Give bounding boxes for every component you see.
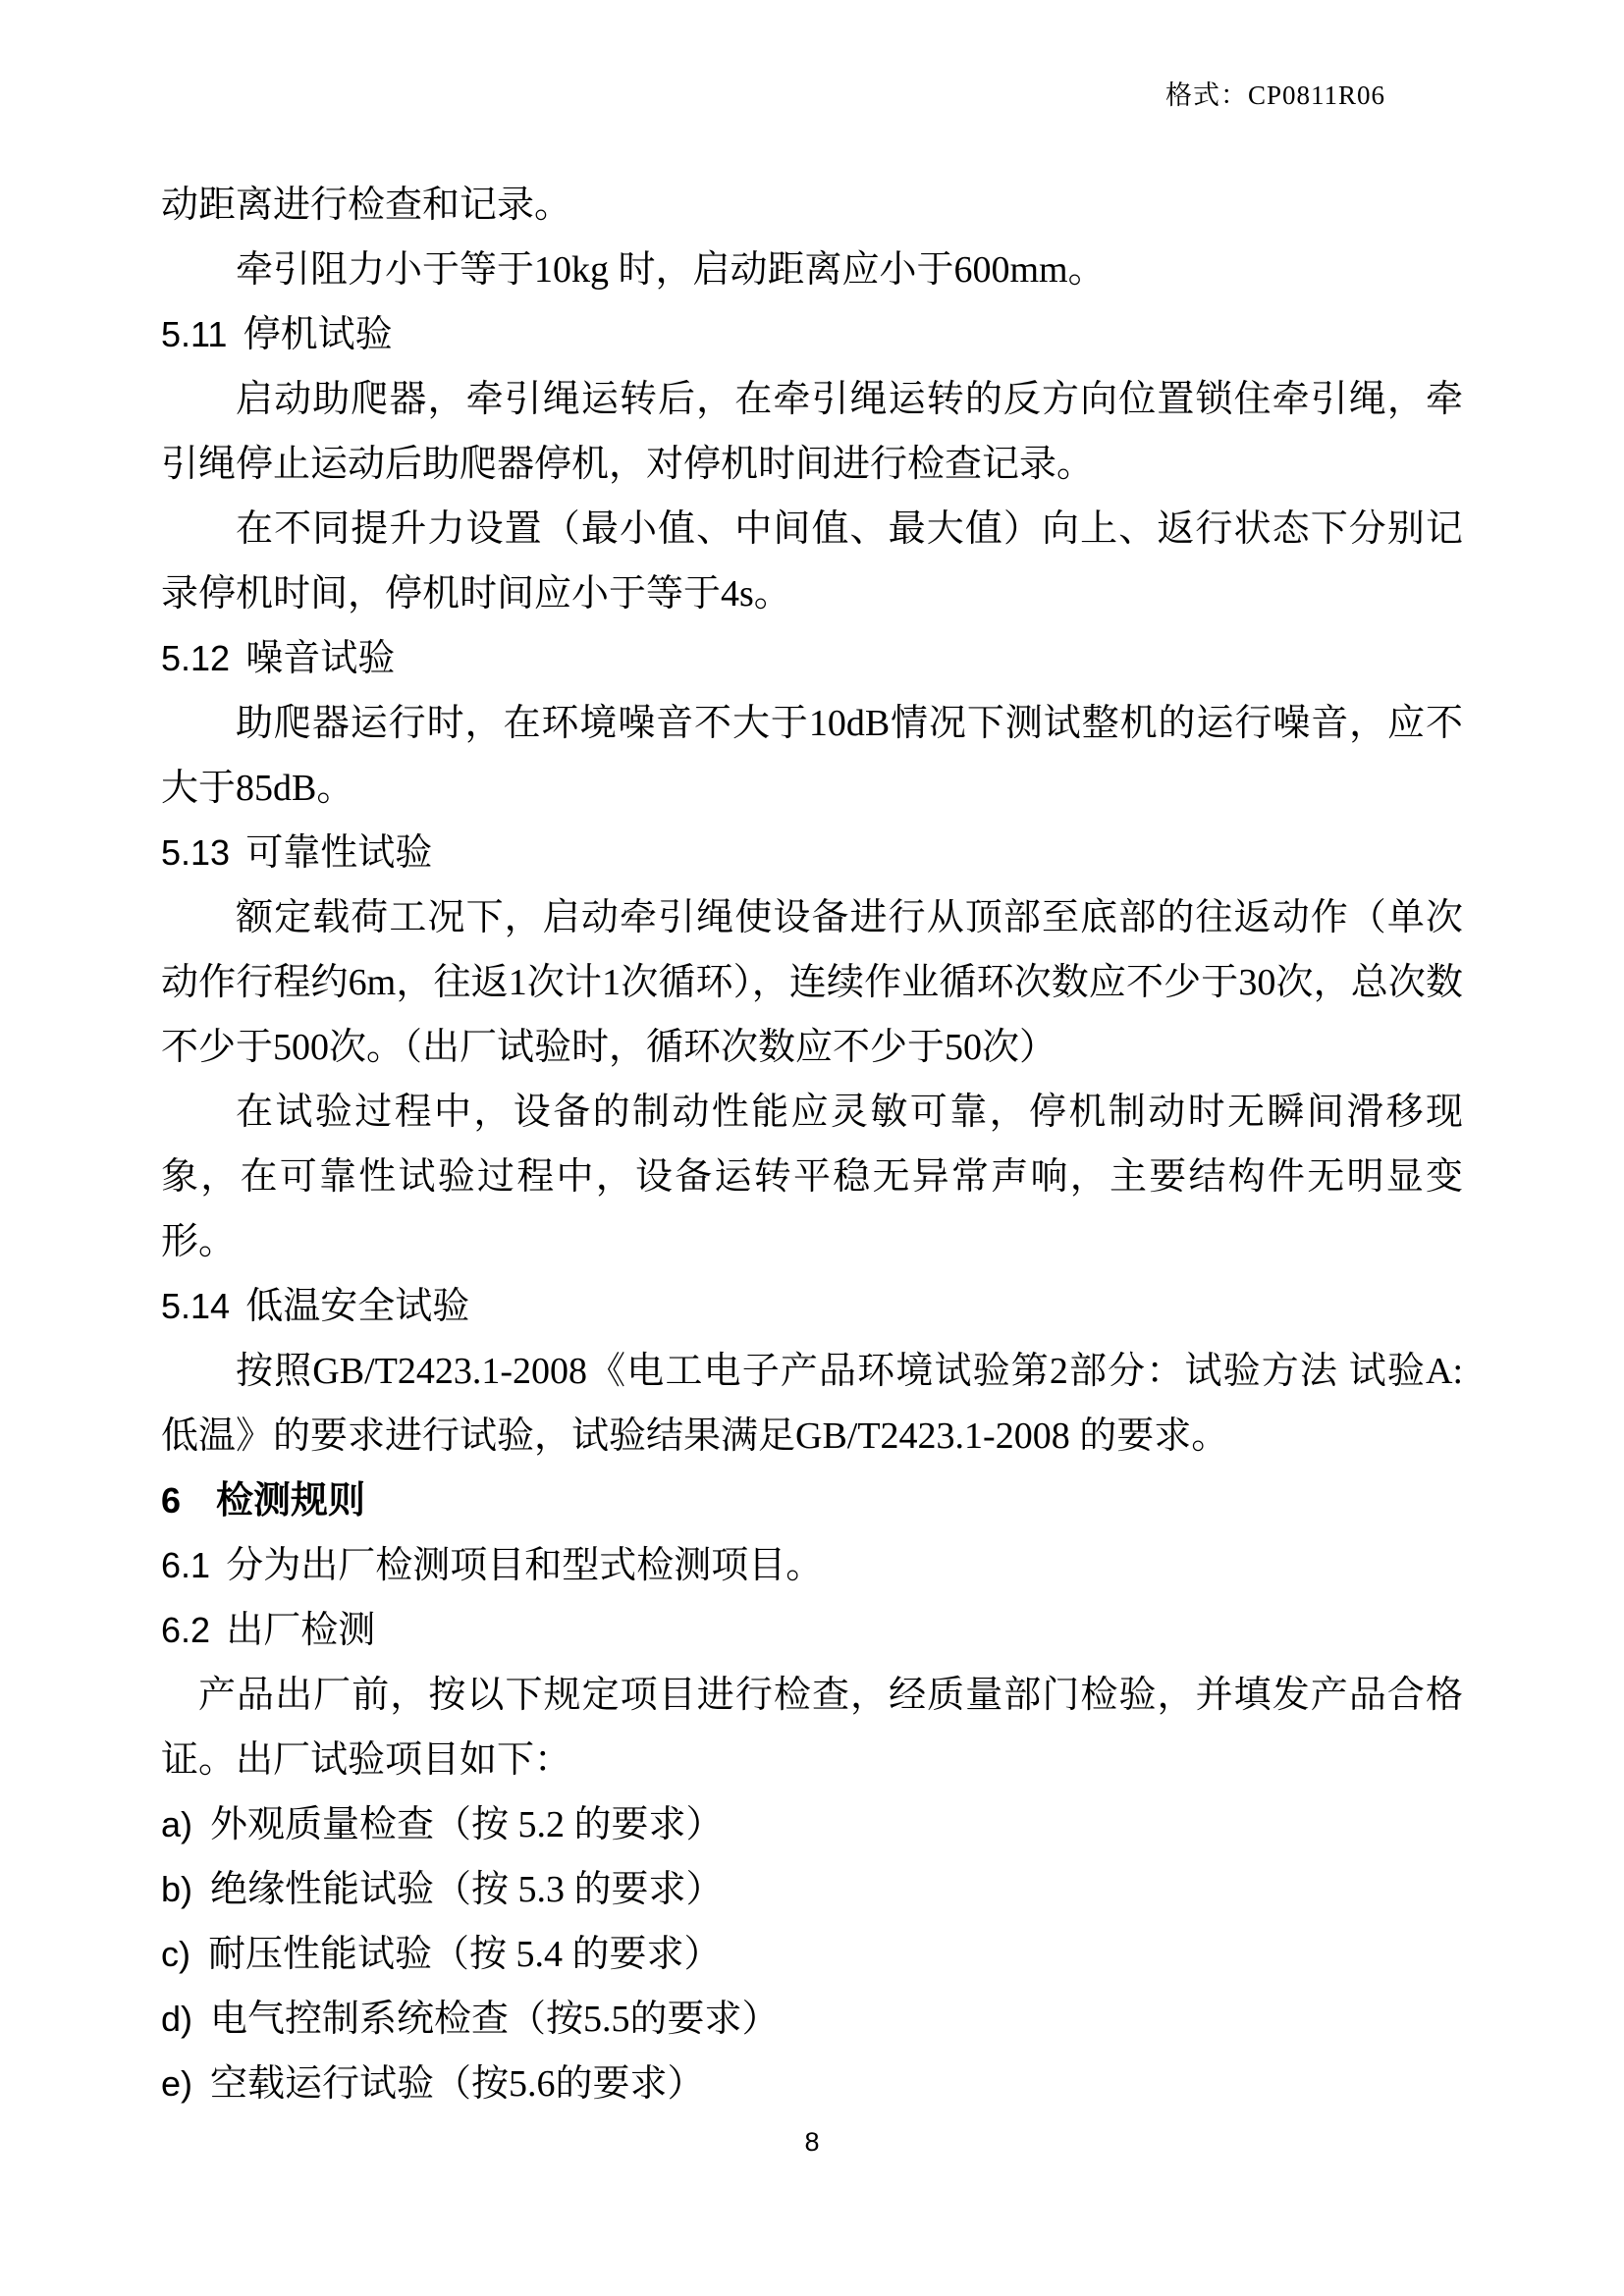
page-number: 8 bbox=[0, 2122, 1624, 2162]
section-number: 5.12 bbox=[161, 638, 230, 678]
list-item-text: 绝缘性能试验（按 5.3 的要求） bbox=[210, 1869, 724, 1910]
paragraph-low-temperature-test: 按照GB/T2423.1-2008《电工电子产品环境试验第2部分：试验方法 试验… bbox=[161, 1339, 1463, 1468]
chapter-title: 检测规则 bbox=[216, 1480, 365, 1522]
section-heading-5-11: 5.11停机试验 bbox=[161, 302, 1463, 367]
section-title: 低温安全试验 bbox=[245, 1286, 469, 1327]
section-title: 分为出厂检测项目和型式检测项目。 bbox=[226, 1545, 823, 1586]
list-item-text: 外观质量检查（按 5.2 的要求） bbox=[210, 1804, 724, 1845]
list-item-d: d)电气控制系统检查（按5.5的要求） bbox=[161, 1987, 1463, 2052]
section-title: 停机试验 bbox=[244, 314, 393, 355]
section-number: 6.2 bbox=[161, 1610, 210, 1650]
list-item-text: 耐压性能试验（按 5.4 的要求） bbox=[208, 1934, 722, 1975]
chapter-heading-6: 6检测规则 bbox=[161, 1468, 1463, 1533]
list-item-marker: c) bbox=[161, 1934, 190, 1974]
paragraph-factory-inspection-intro: 产品出厂前，按以下规定项目进行检查，经质量部门检验，并填发产品合格证。出厂试验项… bbox=[161, 1663, 1463, 1792]
section-number: 6.1 bbox=[161, 1545, 210, 1585]
document-body: 动距离进行检查和记录。 牵引阻力小于等于10kg 时，启动距离应小于600mm。… bbox=[161, 173, 1463, 2116]
section-number: 5.11 bbox=[161, 314, 227, 354]
paragraph-reliability-test-criteria: 在试验过程中，设备的制动性能应灵敏可靠，停机制动时无瞬间滑移现象，在可靠性试验过… bbox=[161, 1080, 1463, 1274]
list-item-marker: e) bbox=[161, 2063, 192, 2104]
chapter-number: 6 bbox=[161, 1480, 181, 1521]
section-heading-5-14: 5.14低温安全试验 bbox=[161, 1274, 1463, 1339]
list-item-c: c)耐压性能试验（按 5.4 的要求） bbox=[161, 1922, 1463, 1987]
list-item-marker: d) bbox=[161, 1999, 192, 2039]
paragraph-stop-time-requirement: 在不同提升力设置（最小值、中间值、最大值）向上、返行状态下分别记录停机时间，停机… bbox=[161, 497, 1463, 626]
section-heading-6-1: 6.1分为出厂检测项目和型式检测项目。 bbox=[161, 1533, 1463, 1598]
list-item-b: b)绝缘性能试验（按 5.3 的要求） bbox=[161, 1857, 1463, 1922]
paragraph-start-distance-requirement: 牵引阻力小于等于10kg 时，启动距离应小于600mm。 bbox=[161, 238, 1463, 302]
section-title: 噪音试验 bbox=[245, 638, 395, 679]
paragraph-stop-test-procedure: 启动助爬器，牵引绳运转后，在牵引绳运转的反方向位置锁住牵引绳，牵引绳停止运动后助… bbox=[161, 367, 1463, 497]
section-title: 出厂检测 bbox=[226, 1610, 375, 1651]
section-heading-5-13: 5.13可靠性试验 bbox=[161, 821, 1463, 885]
list-item-text: 电气控制系统检查（按5.5的要求） bbox=[210, 1999, 780, 2040]
document-format-label: 格式：CP0811R06 bbox=[1165, 79, 1385, 112]
list-item-a: a)外观质量检查（按 5.2 的要求） bbox=[161, 1792, 1463, 1857]
paragraph-noise-test: 助爬器运行时，在环境噪音不大于10dB情况下测试整机的运行噪音，应不大于85dB… bbox=[161, 691, 1463, 821]
section-number: 5.14 bbox=[161, 1286, 230, 1326]
document-page: 格式：CP0811R06 动距离进行检查和记录。 牵引阻力小于等于10kg 时，… bbox=[0, 0, 1624, 2296]
list-item-e: e)空载运行试验（按5.6的要求） bbox=[161, 2052, 1463, 2116]
section-title: 可靠性试验 bbox=[245, 832, 432, 874]
list-item-text: 空载运行试验（按5.6的要求） bbox=[210, 2063, 705, 2105]
list-item-marker: a) bbox=[161, 1804, 192, 1844]
paragraph-reliability-test-procedure: 额定载荷工况下，启动牵引绳使设备进行从顶部至底部的往返动作（单次动作行程约6m，… bbox=[161, 885, 1463, 1080]
list-item-marker: b) bbox=[161, 1869, 192, 1909]
section-heading-6-2: 6.2出厂检测 bbox=[161, 1598, 1463, 1663]
section-heading-5-12: 5.12噪音试验 bbox=[161, 626, 1463, 691]
paragraph-continuation: 动距离进行检查和记录。 bbox=[161, 173, 1463, 238]
section-number: 5.13 bbox=[161, 832, 230, 873]
